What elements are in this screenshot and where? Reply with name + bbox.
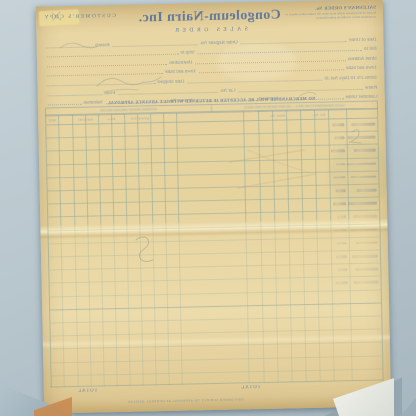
col-header-quantity: QUANTITY bbox=[130, 116, 149, 120]
field-label-ship-to: Ship to bbox=[178, 51, 194, 56]
illegible-product-code bbox=[336, 282, 348, 285]
field-label-branch: Branch bbox=[93, 43, 110, 48]
total-label: TOTAL bbox=[240, 385, 260, 390]
col-header-size: SIZE bbox=[48, 118, 56, 122]
illegible-product-code bbox=[332, 123, 344, 126]
illegible-product-name bbox=[357, 189, 377, 192]
illegible-product-name bbox=[348, 136, 376, 139]
illegible-product-code bbox=[331, 150, 345, 153]
illegible-product-code bbox=[333, 202, 346, 205]
field-label-date-shipped: Date Shipped bbox=[155, 80, 184, 86]
illegible-product-code bbox=[337, 216, 346, 219]
field-label-from: From bbox=[102, 91, 115, 96]
sales-order-form: SALESMAN'S ORDER No. In case of error pl… bbox=[36, 0, 391, 414]
field-label-town-and-state-2: Town and State bbox=[163, 70, 196, 76]
field-label-order-register-no: Order Register No. bbox=[198, 40, 238, 46]
illegible-product-name bbox=[355, 268, 378, 271]
title-block: Congoleum-Nairn Inc. SALES ORDER bbox=[36, 5, 383, 36]
total-label: TOTAL bbox=[77, 388, 97, 393]
field-label-date-of-order: Date of Order bbox=[347, 37, 377, 43]
mirrored-showthrough-layer: SALESMAN'S ORDER No. In case of error pl… bbox=[36, 0, 391, 414]
illegible-product-code bbox=[337, 242, 347, 245]
illegible-product-code bbox=[335, 136, 345, 139]
illegible-product-name bbox=[348, 202, 377, 205]
illegible-product-name bbox=[356, 241, 378, 244]
illegible-product-name bbox=[353, 215, 377, 218]
paper-sheet: SALESMAN'S ORDER No. In case of error pl… bbox=[36, 0, 391, 414]
illegible-product-name bbox=[354, 281, 379, 284]
field-label-town-and-state: Town and State bbox=[344, 66, 377, 72]
field-label-street-address: Street Address bbox=[346, 56, 377, 62]
illegible-product-code bbox=[336, 163, 345, 166]
illegible-product-name bbox=[351, 123, 375, 126]
illegible-product-code bbox=[334, 229, 346, 232]
field-label-destination: Destination bbox=[167, 60, 192, 66]
illegible-product-name bbox=[354, 149, 376, 152]
illegible-product-code bbox=[336, 189, 346, 192]
field-label-car-no: Car No. bbox=[218, 88, 236, 93]
illegible-product-name bbox=[350, 228, 377, 231]
scanned-document-scene: SALESMAN'S ORDER No. In case of error pl… bbox=[0, 0, 416, 416]
illegible-product-name bbox=[346, 162, 376, 165]
illegible-product-code bbox=[336, 255, 347, 258]
illegible-product-code bbox=[333, 176, 345, 179]
order-line-item-table: Pat. No. Mdse. No. QUANTITY Price AMOUNT… bbox=[45, 108, 384, 388]
approval-note: THIS ORDER SUBJECT TO APPROVAL AT GENERA… bbox=[128, 397, 245, 403]
illegible-product-name bbox=[352, 255, 378, 258]
field-label-phone: Phone bbox=[363, 85, 378, 90]
illegible-product-name bbox=[350, 175, 376, 178]
illegible-product-code bbox=[338, 268, 347, 271]
field-label-bill-to: Bill to bbox=[362, 47, 377, 52]
